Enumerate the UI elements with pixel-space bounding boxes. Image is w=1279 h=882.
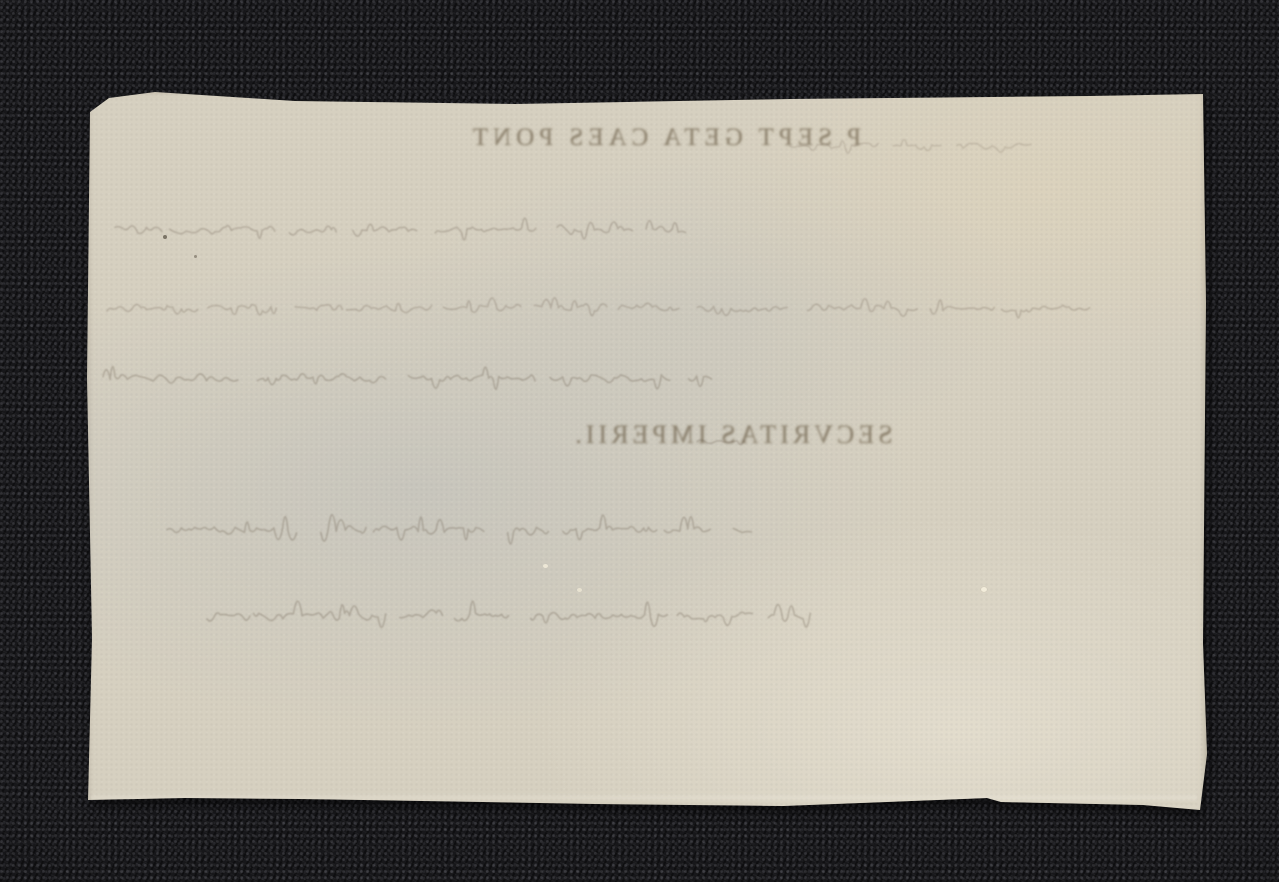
handwriting-line bbox=[115, 218, 686, 240]
handwriting-line bbox=[697, 440, 744, 445]
handwriting-line bbox=[790, 140, 1031, 154]
handwriting-overlay bbox=[85, 88, 1207, 818]
ink-speck bbox=[163, 235, 167, 239]
handwriting-line bbox=[167, 515, 752, 544]
paper-fleck bbox=[981, 587, 987, 592]
paper-card: P SEPT GETA CAES PONT SECVRITAS IMPERII. bbox=[85, 88, 1207, 818]
paper-fleck bbox=[577, 588, 582, 592]
handwriting-line bbox=[207, 601, 810, 627]
handwriting-line bbox=[103, 367, 711, 390]
paper-card-wrapper: P SEPT GETA CAES PONT SECVRITAS IMPERII. bbox=[85, 88, 1207, 818]
handwriting-line bbox=[107, 298, 1090, 318]
paper-fleck bbox=[543, 564, 548, 568]
ink-speck bbox=[194, 255, 197, 258]
